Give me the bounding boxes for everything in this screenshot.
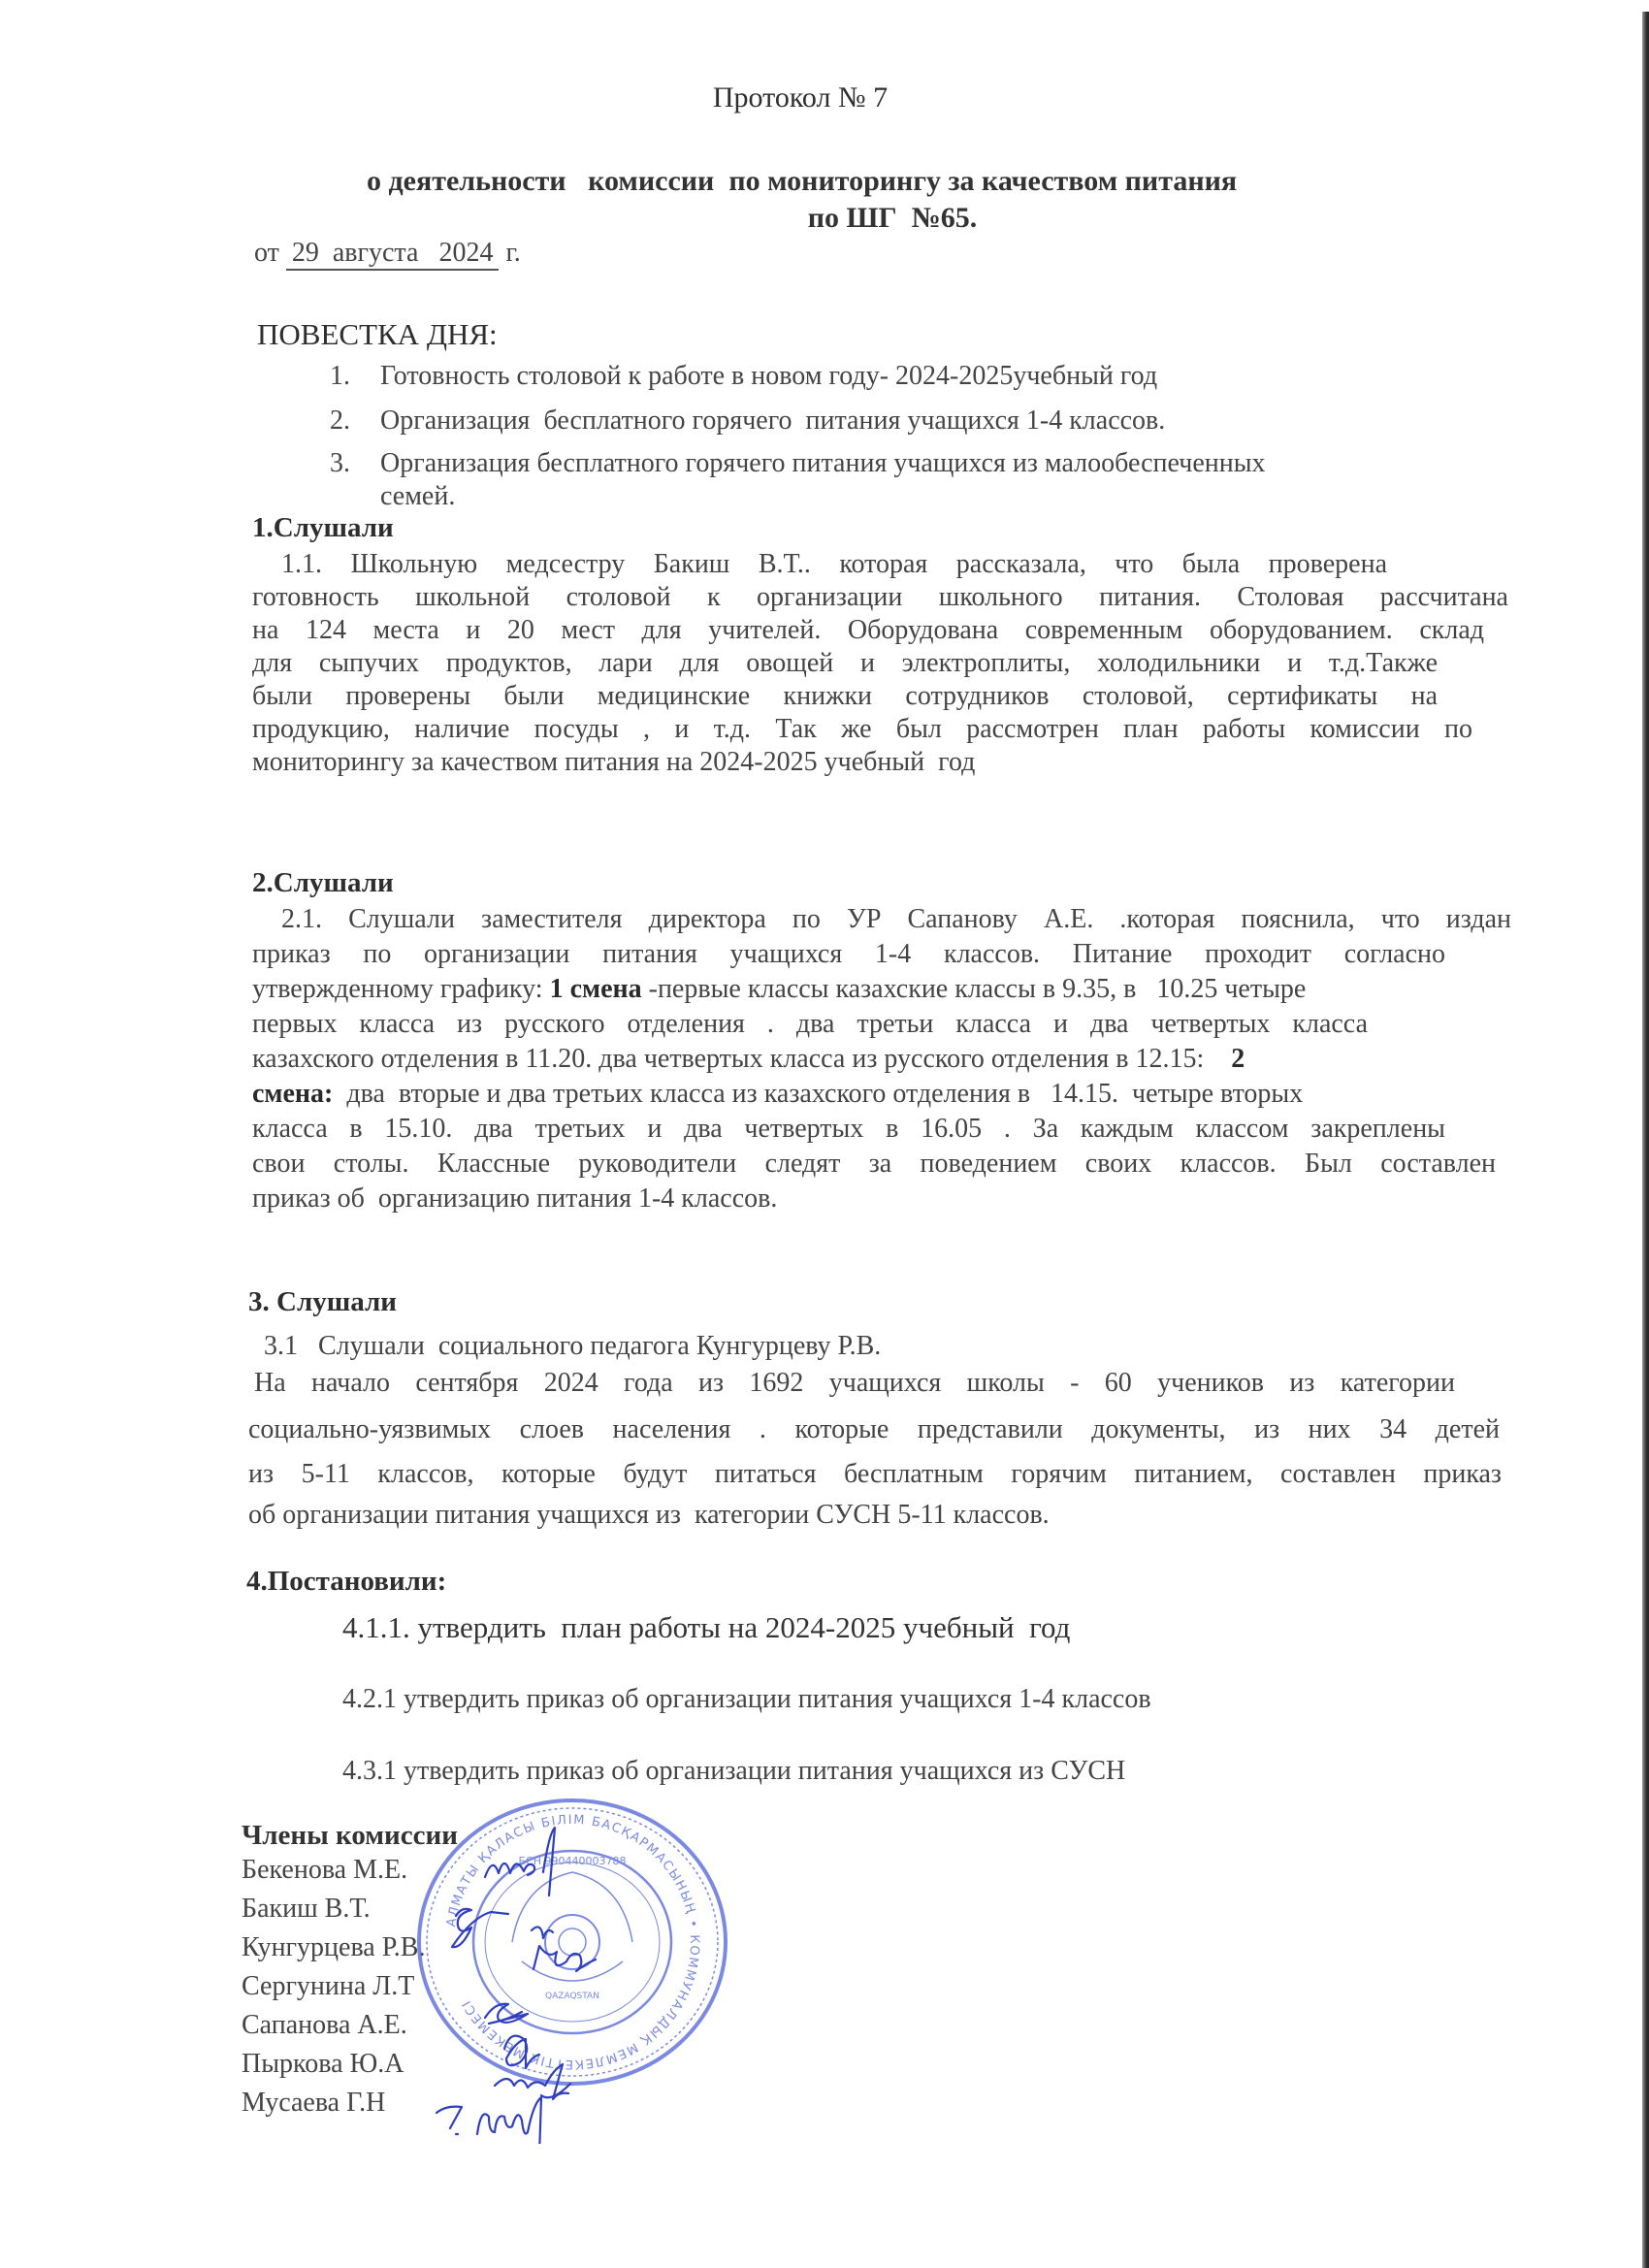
member-name: Бекенова М.Е. [242,1855,407,1886]
member-name: Мусаева Г.Н [242,2088,385,2119]
shift-1-label: 1 смена [550,974,642,1005]
decision-item: 4.1.1. утвердить план работы на 2024-202… [342,1610,1070,1645]
section-2-line: приказ об организацию питания 1-4 классо… [252,1183,1513,1215]
section-2-line: смена: два вторые и два третьих класса и… [252,1079,1511,1110]
document-subtitle-school: по ШГ №65. [0,202,1649,235]
agenda-item-number: 2. [330,405,380,437]
document-subtitle: о деятельности комиссии по мониторингу з… [367,165,1237,198]
section-2-line: первых класса из русского отделения . дв… [252,1009,1368,1040]
date-prefix: от [254,238,279,268]
shift-2-label-word: смена: [252,1079,333,1109]
agenda-heading: ПОВЕСТКА ДНЯ: [257,317,498,352]
section-2-text: утвержденному графику: [252,974,550,1005]
shift-2-label-number: 2 [1231,1044,1245,1074]
section-2-line: класса в 15.10. два третьих и два четвер… [252,1114,1445,1145]
section-1-heading: 1.Слушали [252,512,394,544]
signatures-icon [427,1824,679,2144]
section-2-text: -первые классы казахские классы в 9.35, … [642,974,1307,1005]
section-1-line: были проверены были медицинские книжки с… [252,681,1438,712]
decision-item: 4.2.1 утвердить приказ об организации пи… [342,1684,1151,1715]
section-2-text: два вторые и два третьих класса из казах… [333,1079,1303,1109]
section-3-line: социально-уязвимых слоев населения . кот… [248,1414,1500,1445]
document-title: Протокол № 7 [0,81,1600,114]
section-2-heading: 2.Слушали [252,867,394,899]
agenda-item: 2.Организация бесплатного горячего питан… [330,405,1165,437]
document-date: от 29 августа 2024 г. [254,238,521,271]
member-name: Кунгурцева Р.В. [242,1932,425,1963]
section-1-line: на 124 места и 20 мест для учителей. Обо… [252,615,1484,646]
section-3-line: об организации питания учащихся из катег… [248,1500,1509,1531]
agenda-item-continuation: семей. [330,481,455,512]
scanner-edge [1642,12,1649,2268]
section-2-line: 2.1. Слушали заместителя директора по УР… [252,904,1511,935]
member-name: Пыркова Ю.А [242,2049,404,2080]
section-3-line: На начало сентября 2024 года из 1692 уча… [254,1368,1455,1399]
member-name: Сергунина Л.Т [242,1971,414,2002]
agenda-item-text: семей. [380,481,455,511]
date-suffix: г. [505,238,520,268]
agenda-item-text: Организация бесплатного горячего питания… [380,405,1165,436]
section-1-line: готовность школьной столовой к организац… [252,582,1508,613]
section-2-line: свои столы. Классные руководители следят… [252,1149,1496,1180]
agenda-item-text: Организация бесплатного горячего питания… [380,448,1266,478]
section-3-heading: 3. Слушали [248,1286,397,1318]
section-3-line: 3.1 Слушали социального педагога Кунгурц… [264,1331,1525,1362]
agenda-item-text: Готовность столовой к работе в новом год… [380,361,1157,391]
section-2-line: казахского отделения в 11.20. два четвер… [252,1044,1511,1075]
decision-item: 4.3.1 утвердить приказ об организации пи… [342,1756,1125,1787]
scanned-document-page: Протокол № 7 о деятельности комиссии по … [0,0,1649,2268]
agenda-item: 1.Готовность столовой к работе в новом г… [330,361,1157,392]
section-1-line: 1.1. Школьную медсестру Бакиш В.Т.. кото… [252,549,1387,580]
agenda-item: 3.Организация бесплатного горячего питан… [330,448,1266,479]
section-1-line: продукцию, наличие посуды , и т.д. Так ж… [252,714,1472,745]
section-3-line: из 5-11 классов, которые будут питаться … [248,1459,1502,1490]
section-1-line: для сыпучих продуктов, лари для овощей и… [252,648,1438,679]
section-4-heading: 4.Постановили: [246,1566,446,1598]
member-name: Сапанова А.Е. [242,2010,407,2041]
section-2-line: утвержденному графику: 1 смена -первые к… [252,974,1511,1005]
member-name: Бакиш В.Т. [242,1894,371,1925]
date-value: 29 августа 2024 [286,238,500,271]
section-1-line: мониторингу за качеством питания на 2024… [252,747,1513,778]
agenda-item-number: 1. [330,361,380,392]
section-2-text: казахского отделения в 11.20. два четвер… [252,1044,1231,1074]
section-2-line: приказ по организации питания учащихся 1… [252,939,1445,970]
agenda-item-number: 3. [330,448,380,479]
